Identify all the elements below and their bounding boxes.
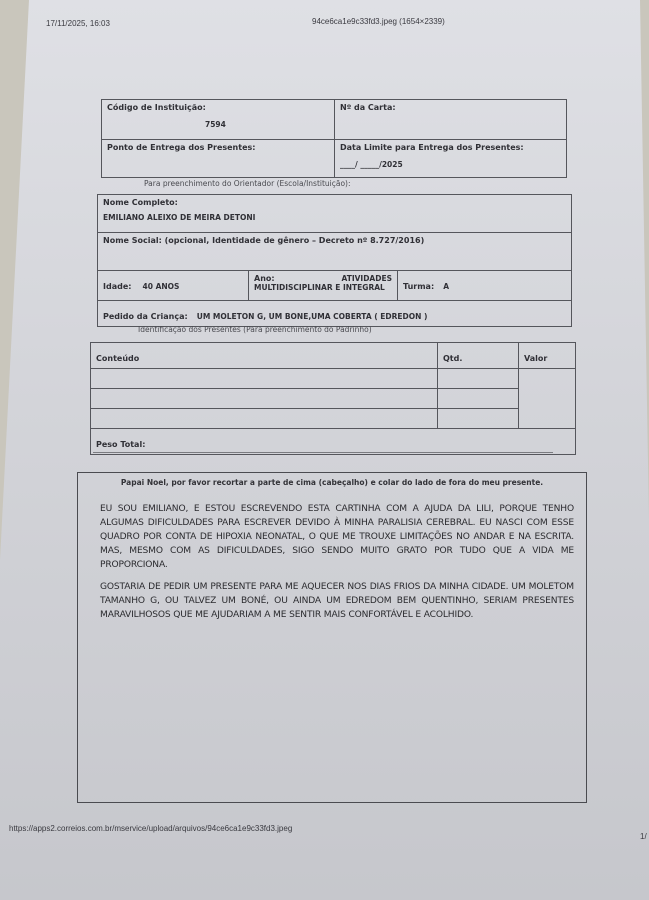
idade-label: Idade: [103, 282, 131, 291]
peso-total-label: Peso Total: [96, 440, 145, 449]
print-image-title: 94ce6ca1e9c33fd3.jpeg (1654×2339) [312, 17, 445, 26]
ponto-label: Ponto de Entrega dos Presentes: [107, 143, 329, 152]
carta-cell[interactable]: Nº da Carta: [335, 100, 567, 140]
letter-intro: Papai Noel, por favor recortar a parte d… [78, 478, 586, 487]
table-row [91, 369, 576, 389]
letter-paragraph-2: GOSTARIA DE PEDIR UM PRESENTE PARA ME AQ… [100, 580, 574, 622]
nome-completo-value[interactable]: EMILIANO ALEIXO DE MEIRA DETONI [103, 213, 566, 222]
turma-cell[interactable]: Turma: A [398, 271, 572, 301]
ano-label: Ano: [254, 274, 275, 283]
gifts-header-qtd: Qtd. [438, 343, 519, 369]
codigo-value: 7594 [107, 120, 329, 129]
gift-content-cell[interactable] [91, 369, 438, 389]
data-limite-label: Data Limite para Entrega dos Presentes: [340, 143, 561, 152]
pedido-label: Pedido da Criança: [103, 312, 188, 321]
gifts-header-valor: Valor [519, 343, 576, 369]
header-form-table: Código de Instituição: 7594 Nº da Carta:… [101, 99, 567, 178]
turma-label: Turma: [403, 282, 434, 291]
ponto-cell[interactable]: Ponto de Entrega dos Presentes: [102, 140, 335, 178]
padrinho-caption: Identificação dos Presentes (Para preenc… [138, 325, 372, 334]
letter-box: Papai Noel, por favor recortar a parte d… [77, 472, 587, 803]
table-row [91, 409, 576, 429]
gifts-table: Conteúdo Qtd. Valor Peso Total: [90, 342, 576, 455]
data-limite-cell[interactable]: Data Limite para Entrega dos Presentes: … [335, 140, 567, 178]
idade-value[interactable]: 40 ANOS [143, 282, 180, 291]
letter-body: EU SOU EMILIANO, E ESTOU ESCREVENDO ESTA… [78, 502, 586, 622]
gift-content-cell[interactable] [91, 409, 438, 429]
data-limite-value[interactable]: ____/ _____/2025 [340, 160, 561, 169]
codigo-cell: Código de Instituição: 7594 [102, 100, 335, 140]
turma-value[interactable]: A [443, 282, 449, 291]
gift-qtd-cell[interactable] [438, 369, 519, 389]
gift-qtd-cell[interactable] [438, 409, 519, 429]
nome-social-label: Nome Social: (opcional, Identidade de gê… [103, 236, 566, 245]
child-form-table: Nome Completo: EMILIANO ALEIXO DE MEIRA … [97, 194, 572, 327]
codigo-label: Código de Instituição: [107, 103, 329, 112]
peso-total-cell[interactable]: Peso Total: [91, 429, 576, 455]
nome-completo-cell[interactable]: Nome Completo: EMILIANO ALEIXO DE MEIRA … [98, 195, 572, 233]
pedido-value[interactable]: UM MOLETON G, UM BONE,UMA COBERTA ( EDRE… [197, 312, 428, 321]
gift-qtd-cell[interactable] [438, 389, 519, 409]
print-datetime: 17/11/2025, 16:03 [46, 19, 110, 28]
ano-cell[interactable]: Ano: ATIVIDADES MULTIDISCIPLINAR E INTEG… [249, 271, 398, 301]
idade-cell[interactable]: Idade: 40 ANOS [98, 271, 249, 301]
nome-social-cell[interactable]: Nome Social: (opcional, Identidade de gê… [98, 233, 572, 271]
gift-valor-cell[interactable] [519, 369, 576, 429]
orientador-caption: Para preenchimento do Orientador (Escola… [144, 179, 351, 188]
print-page-number: 1/ [640, 832, 647, 841]
print-footer-url: https://apps2.correios.com.br/mservice/u… [9, 824, 292, 833]
table-row [91, 389, 576, 409]
ano-value-line1[interactable]: ATIVIDADES [341, 274, 392, 283]
ano-value-line2[interactable]: MULTIDISCIPLINAR E INTEGRAL [254, 283, 392, 292]
cut-line-divider [93, 452, 553, 453]
letter-paragraph-1: EU SOU EMILIANO, E ESTOU ESCREVENDO ESTA… [100, 502, 574, 572]
gift-content-cell[interactable] [91, 389, 438, 409]
pedido-cell[interactable]: Pedido da Criança: UM MOLETON G, UM BONE… [98, 301, 572, 327]
nome-completo-label: Nome Completo: [103, 198, 566, 207]
gifts-header-conteudo: Conteúdo [91, 343, 438, 369]
carta-label: Nº da Carta: [340, 103, 561, 112]
